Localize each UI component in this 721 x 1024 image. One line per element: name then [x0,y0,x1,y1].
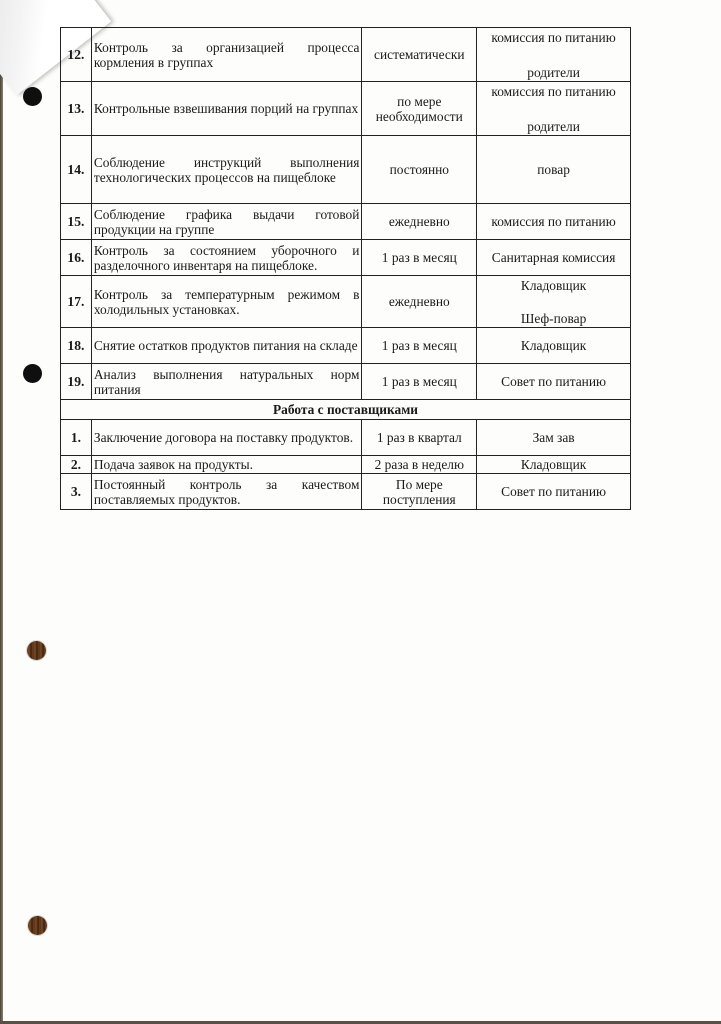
responsible-cell: Совет по питанию [477,474,631,510]
responsible-cell: повар [477,136,631,204]
frequency-cell: 2 раза в неделю [362,456,477,474]
row-number: 1. [61,420,92,456]
responsible-cell: комиссия по питанию родители [477,28,631,82]
row-number: 3. [61,474,92,510]
frequency-cell: ежедневно [362,276,477,328]
row-number: 13. [61,82,92,136]
punch-hole-icon [23,364,42,383]
table-row: 12. Контроль за организацией процесса ко… [61,28,631,82]
responsible-name: комиссия по питанию [491,84,615,99]
responsible-cell: комиссия по питанию родители [477,82,631,136]
row-number: 18. [61,328,92,364]
row-number: 2. [61,456,92,474]
row-number: 15. [61,204,92,240]
task-cell: Подача заявок на продукты. [91,456,362,474]
table-row: 17. Контроль за температурным режимом в … [61,276,631,328]
table-row: 3. Постоянный контроль за качеством пост… [61,474,631,510]
responsible-cell: комиссия по питанию [477,204,631,240]
frequency-cell: постоянно [362,136,477,204]
frequency-cell: по мере необходимости [362,82,477,136]
row-number: 14. [61,136,92,204]
frequency-cell: 1 раз в месяц [362,364,477,400]
table-row: 13. Контрольные взвешивания порций на гр… [61,82,631,136]
table-row: 16. Контроль за состоянием уборочного и … [61,240,631,276]
table-row: 1. Заключение договора на поставку проду… [61,420,631,456]
table-row: 19. Анализ выполнения натуральных норм п… [61,364,631,400]
frequency-cell: 1 раз в квартал [362,420,477,456]
task-cell: Снятие остатков продуктов питания на скл… [91,328,362,364]
responsible-cell: Санитарная комиссия [477,240,631,276]
section-header-row: Работа с поставщиками [61,400,631,420]
responsible-name: родители [527,65,580,80]
responsible-cell: Кладовщик [477,328,631,364]
task-cell: Соблюдение графика выдачи готовой продук… [91,204,362,240]
frequency-cell: По мере поступления [362,474,477,510]
responsible-cell: Кладовщик [477,456,631,474]
task-cell: Контроль за температурным режимом в холо… [91,276,362,328]
row-number: 16. [61,240,92,276]
row-number: 12. [61,28,92,82]
frequency-cell: 1 раз в месяц [362,240,477,276]
row-number: 19. [61,364,92,400]
task-cell: Контрольные взвешивания порций на группа… [91,82,362,136]
frequency-cell: систематически [362,28,477,82]
task-cell: Анализ выполнения натуральных норм питан… [91,364,362,400]
row-number: 17. [61,276,92,328]
frequency-cell: 1 раз в месяц [362,328,477,364]
section-title: Работа с поставщиками [61,400,631,420]
responsible-name: комиссия по питанию [491,30,615,45]
responsible-cell: Зам зав [477,420,631,456]
responsible-name: Шеф-повар [521,311,586,326]
punch-hole-icon [23,87,42,106]
control-plan-table: 12. Контроль за организацией процесса ко… [60,27,631,510]
responsible-cell: Совет по питанию [477,364,631,400]
table-row: 14. Соблюдение инструкций выполнения тех… [61,136,631,204]
task-cell: Заключение договора на поставку продукто… [91,420,362,456]
task-cell: Постоянный контроль за качеством поставл… [91,474,362,510]
punch-hole-icon [28,916,47,935]
responsible-cell: Кладовщик Шеф-повар [477,276,631,328]
task-cell: Контроль за организацией процесса кормле… [91,28,362,82]
table-row: 18. Снятие остатков продуктов питания на… [61,328,631,364]
punch-hole-icon [27,641,46,660]
frequency-cell: ежедневно [362,204,477,240]
task-cell: Контроль за состоянием уборочного и разд… [91,240,362,276]
table-row: 2. Подача заявок на продукты. 2 раза в н… [61,456,631,474]
responsible-name: родители [527,119,580,134]
page-edge [0,0,3,1024]
responsible-name: Кладовщик [521,278,586,293]
table-row: 15. Соблюдение графика выдачи готовой пр… [61,204,631,240]
task-cell: Соблюдение инструкций выполнения техноло… [91,136,362,204]
